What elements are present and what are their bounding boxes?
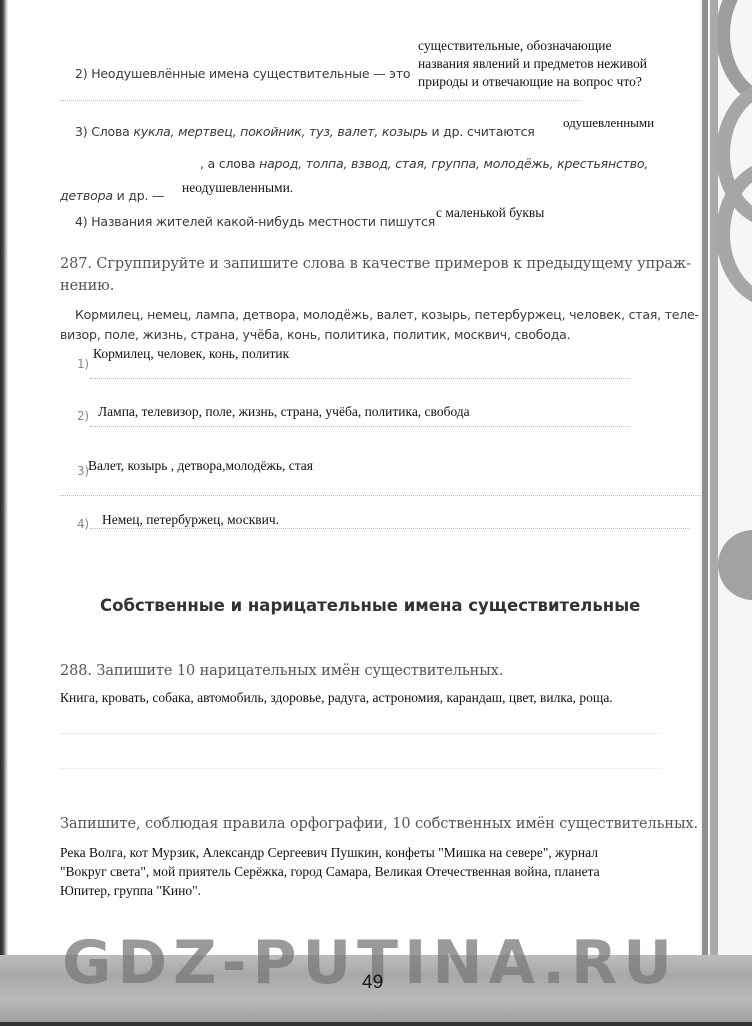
exercise-288-title: 288. Запишите 10 нарицательных имён суще… bbox=[60, 663, 503, 679]
group-3-answer: Валет, козырь , детвора,молодёжь, стая bbox=[88, 458, 313, 474]
rule-3-words-3: детвора bbox=[60, 188, 113, 203]
rule-2-answer-line-1: существительные, обозначающие bbox=[418, 38, 611, 54]
rule-2-answer-line-2: названия явлений и предметов неживой bbox=[418, 56, 647, 72]
rule-4-answer: с маленькой буквы bbox=[436, 205, 544, 221]
answer-line bbox=[90, 528, 690, 529]
group-4-number: 4) bbox=[77, 517, 89, 531]
rule-3-end: и др. — bbox=[117, 188, 165, 203]
decorative-bar bbox=[702, 0, 708, 980]
rule-3-line-2: , а слова народ, толпа, взвод, стая, гру… bbox=[200, 156, 648, 171]
group-2-answer: Лампа, телевизор, поле, жизнь, страна, у… bbox=[98, 404, 470, 420]
rule-3-words: кукла, мертвец, покойник, туз, валет, ко… bbox=[133, 124, 427, 139]
exercise-287-title-cont: нению. bbox=[60, 278, 114, 294]
rule-3-line-1: 3) Слова кукла, мертвец, покойник, туз, … bbox=[75, 124, 535, 139]
group-2-number: 2) bbox=[77, 409, 89, 423]
exercise-288-task-2: Запишите, соблюдая правила орфографии, 1… bbox=[60, 816, 698, 832]
exercise-288-answer-2-line-3: Юпитер, группа "Кино". bbox=[60, 883, 201, 899]
exercise-287-words-1: Кормилец, немец, лампа, детвора, молодёж… bbox=[75, 307, 699, 322]
exercise-287-title: 287. Сгруппируйте и запишите слова в кач… bbox=[60, 256, 691, 272]
rule-3-prefix: 3) Слова bbox=[75, 124, 130, 139]
rule-4-text: 4) Названия жителей какой-нибудь местнос… bbox=[75, 214, 435, 229]
exercise-288-answer: Книга, кровать, собака, автомобиль, здор… bbox=[60, 690, 613, 706]
rule-3-cont: , а слова bbox=[200, 156, 255, 171]
bottom-edge bbox=[0, 1022, 752, 1026]
rule-3-answer-2: неодушевленными. bbox=[182, 180, 293, 196]
group-1-answer: Кормилец, человек, конь, политик bbox=[93, 346, 289, 362]
rule-3-words-2: народ, толпа, взвод, стая, группа, молод… bbox=[259, 156, 648, 171]
answer-line bbox=[90, 378, 630, 379]
answer-line bbox=[60, 495, 700, 496]
rule-2-text: 2) Неодушевлённые имена существительные … bbox=[75, 66, 410, 81]
page-number: 49 bbox=[362, 972, 383, 994]
answer-line bbox=[60, 733, 660, 734]
rule-3-answer-1: одушевленными bbox=[563, 115, 654, 131]
rule-3-line-3: детвора и др. — bbox=[60, 188, 164, 203]
answer-line bbox=[60, 100, 580, 101]
answer-line bbox=[90, 426, 630, 427]
group-1-number: 1) bbox=[77, 357, 89, 371]
exercise-287-words-2: визор, поле, жизнь, страна, учёба, конь,… bbox=[60, 327, 570, 342]
answer-line bbox=[60, 768, 660, 769]
page-binding-edge bbox=[0, 0, 8, 990]
exercise-288-answer-2-line-1: Река Волга, кот Мурзик, Александр Сергее… bbox=[60, 845, 598, 861]
group-4-answer: Немец, петербуржец, москвич. bbox=[102, 512, 279, 528]
section-title: Собственные и нарицательные имена сущест… bbox=[100, 596, 640, 615]
decorative-bar bbox=[710, 0, 718, 980]
exercise-288-answer-2-line-2: "Вокруг света", мой приятель Серёжка, го… bbox=[60, 864, 600, 880]
rule-2-answer-line-3: природы и отвечающие на вопрос что? bbox=[418, 74, 642, 90]
rule-3-mid: и др. считаются bbox=[431, 124, 534, 139]
